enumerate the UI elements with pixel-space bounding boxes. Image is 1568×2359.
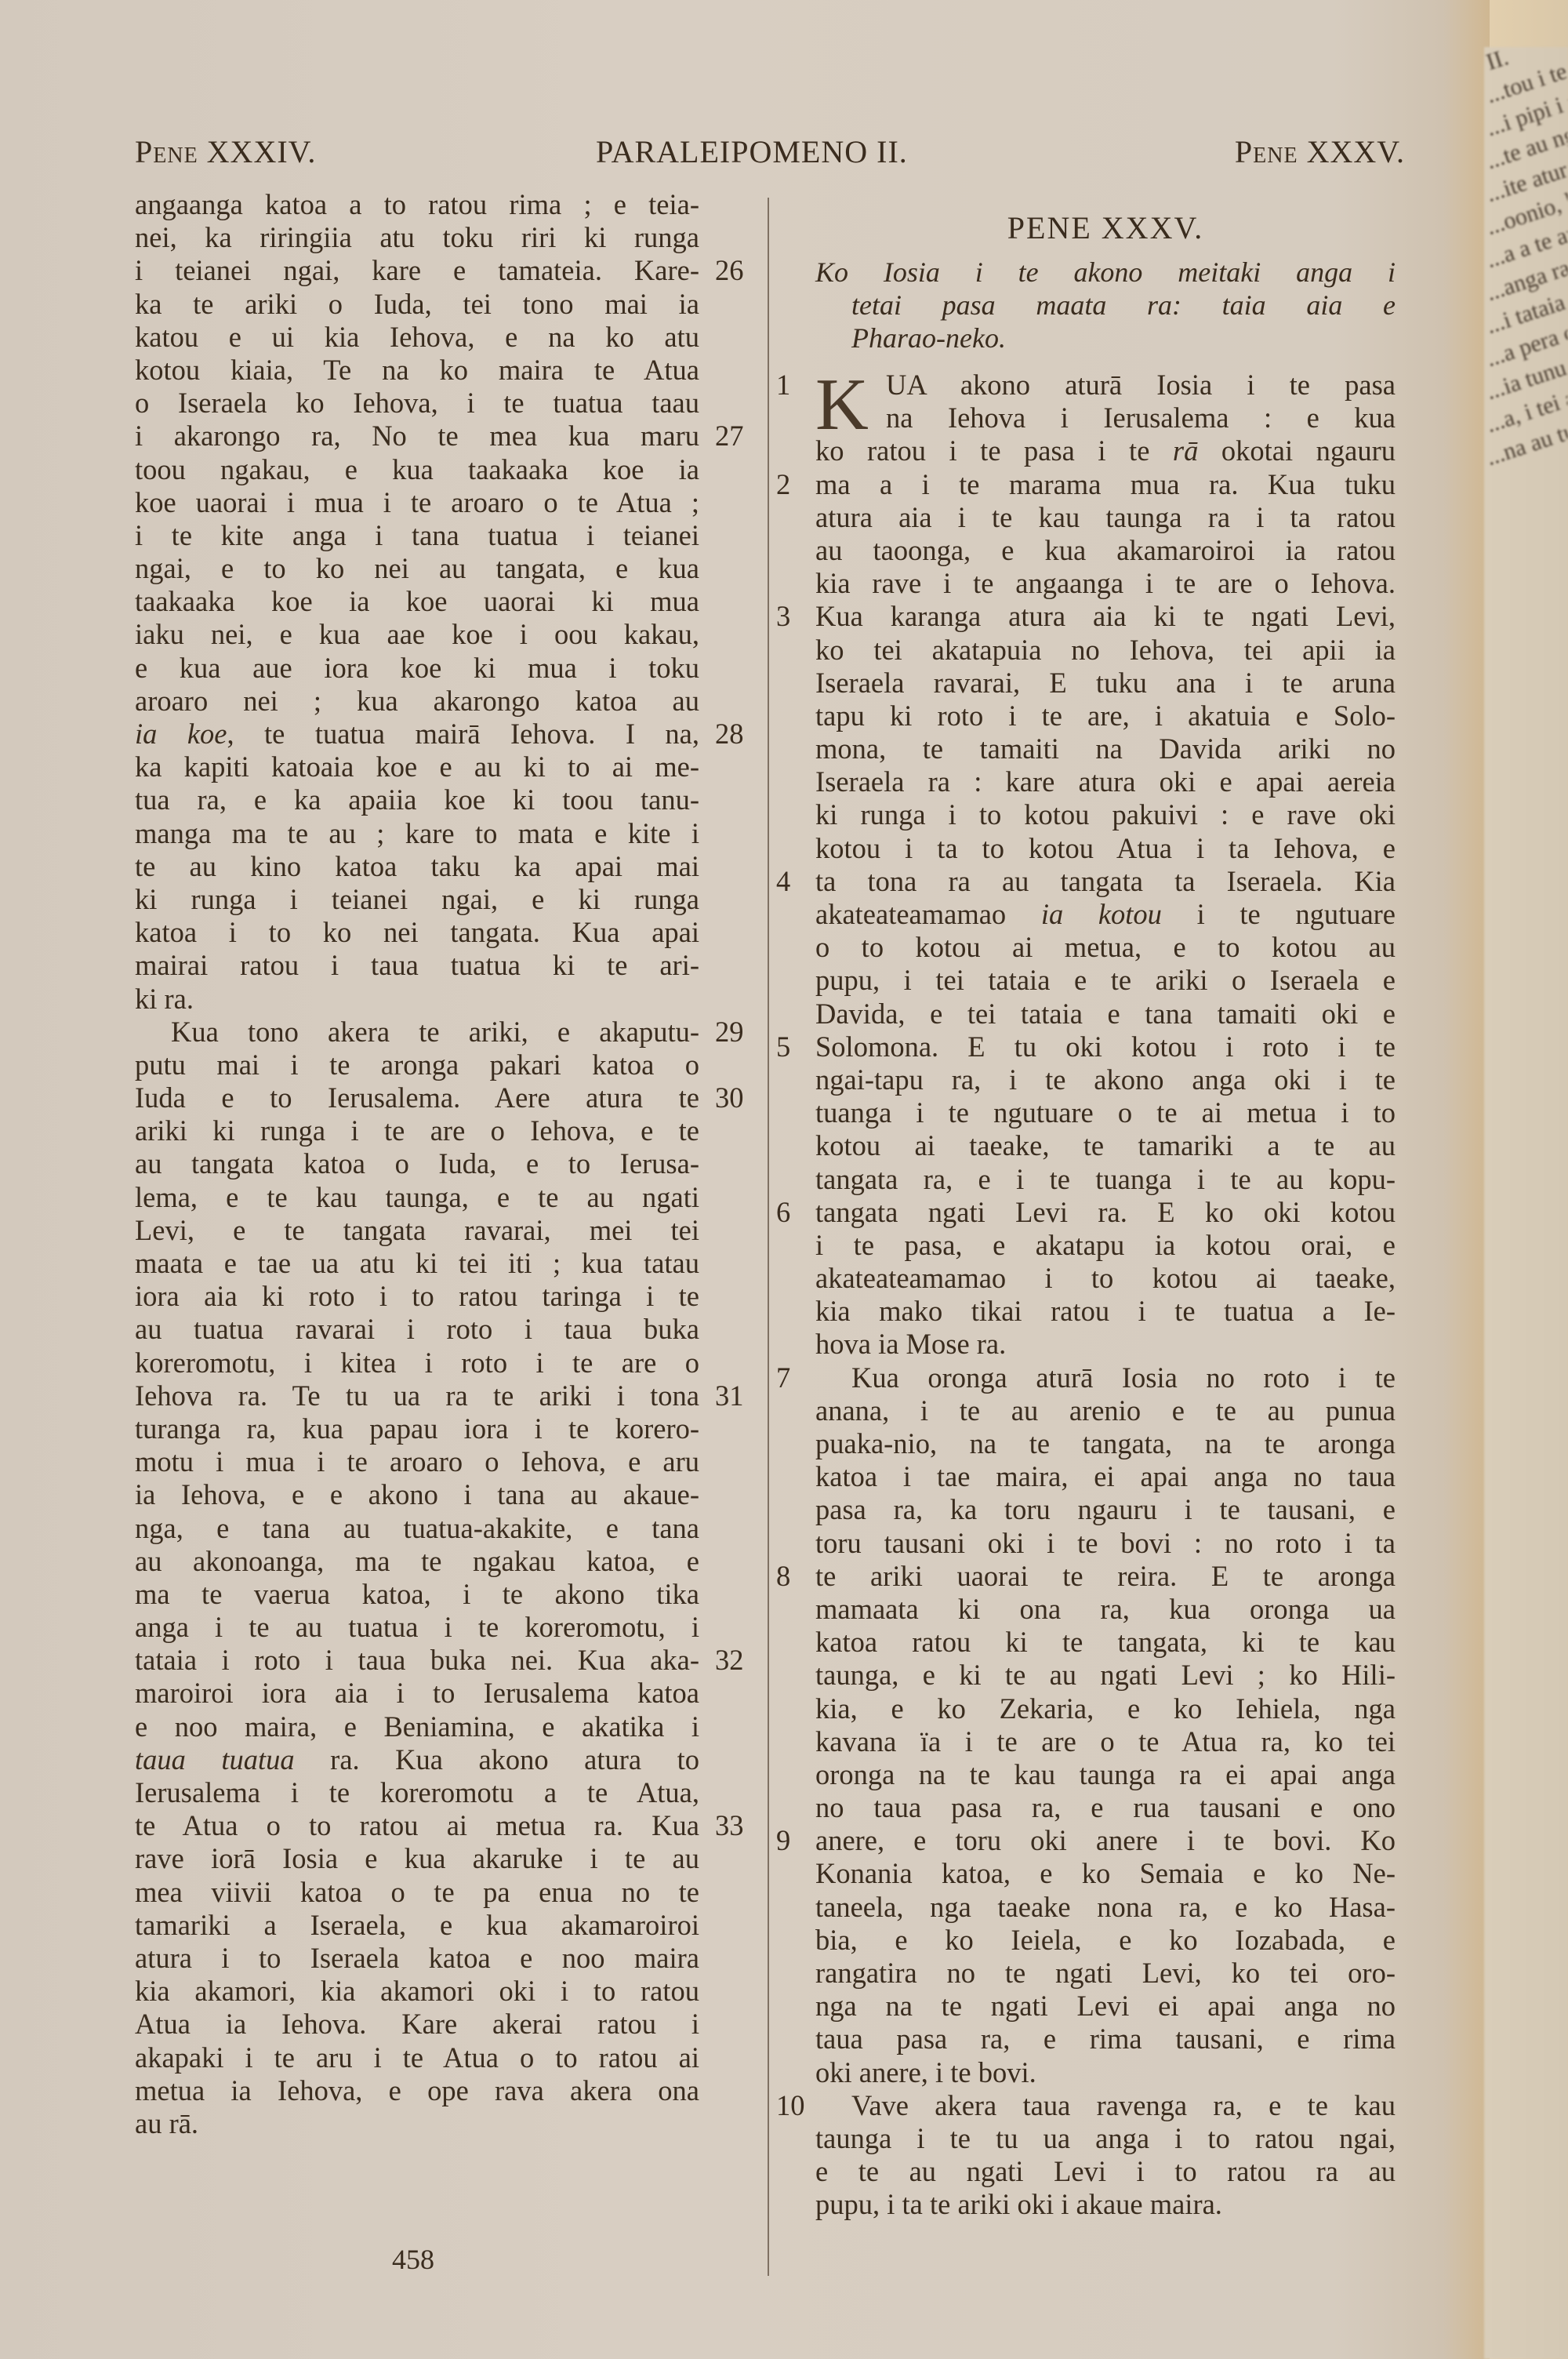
text-line: anere, e toru oki anere i te bovi. Ko9 <box>815 1824 1396 1857</box>
italic-text: rā <box>1173 434 1198 467</box>
running-head-left: Pene XXXIV. <box>135 133 316 170</box>
text-line: koe uaorai i mua i te aroaro o te Atua ; <box>135 486 699 519</box>
line-text: ra. Kua akono atura to <box>295 1743 699 1776</box>
text-line: angaanga katoa a to ratou rima ; e teia- <box>135 188 699 221</box>
line-text: okotai ngauru <box>1198 434 1396 467</box>
text-line: ki runga i to kotou pakuivi : e rave oki <box>815 798 1396 831</box>
verse-number: 26 <box>715 254 762 287</box>
text-line: anana, i te au arenio e te au punua <box>815 1394 1396 1427</box>
text-line: nga na te ngati Levi ei apai anga no <box>815 1990 1396 2023</box>
text-line: Iehova ra. Te tu ua ra te ariki i tona31 <box>135 1379 699 1412</box>
line-text: toru tausani oki i te bovi : no roto i t… <box>815 1527 1396 1559</box>
text-line: te Atua o to ratou ai metua ra. Kua33 <box>135 1809 699 1842</box>
line-text: ngai, e to ko nei au tangata, e kua <box>135 552 699 584</box>
line-text: bia, e ko Ieiela, e ko Iozabada, e <box>815 1924 1396 1956</box>
line-text: o to kotou ai metua, e to kotou au <box>815 931 1396 963</box>
text-line: au tangata katoa o Iuda, e to Ierusa- <box>135 1147 699 1180</box>
line-text: au tuatua ravarai i roto i taua buka <box>135 1313 699 1345</box>
line-text: tangata ngati Levi ra. E ko oki kotou <box>815 1196 1396 1228</box>
text-line: Iseraela ra : kare atura oki e apai aere… <box>815 765 1396 798</box>
line-text: iaku nei, e kua aae koe i oou kakau, <box>135 618 699 650</box>
text-line: kia rave i te angaanga i te are o Iehova… <box>815 567 1396 600</box>
text-line: tapu ki roto i te are, i akatuia e Solo- <box>815 700 1396 732</box>
line-text: akateateamamao <box>815 898 1041 930</box>
text-line: i te kite anga i tana tuatua i teianei <box>135 519 699 552</box>
text-line: ka kapiti katoaia koe e au ki to ai me- <box>135 751 699 783</box>
line-text: katoa ratou ki te tangata, ki te kau <box>815 1626 1396 1658</box>
text-line: tua ra, e ka apaiia koe ki toou tanu- <box>135 783 699 816</box>
text-line: taneela, nga taeake nona ra, e ko Hasa- <box>815 1891 1396 1924</box>
text-line: kotou i ta to kotou Atua i ta Iehova, e <box>815 832 1396 865</box>
line-text: ma a i te marama mua ra. Kua tuku <box>815 468 1396 500</box>
text-line: ngai-tapu ra, i te akono anga oki i te <box>815 1063 1396 1096</box>
line-text: rangatira no te ngati Levi, ko tei oro- <box>815 1957 1396 1989</box>
text-line: toru tausani oki i te bovi : no roto i t… <box>815 1527 1396 1560</box>
verse-number: 30 <box>715 1081 762 1114</box>
line-text: au rā. <box>135 2107 198 2139</box>
line-text: ka te ariki o Iuda, tei tono mai ia <box>135 288 699 320</box>
line-text: ki runga i to kotou pakuivi : e rave oki <box>815 798 1396 831</box>
line-text: taneela, nga taeake nona ra, e ko Hasa- <box>815 1891 1396 1923</box>
text-line: akateateamamao ia kotou i te ngutuare <box>815 898 1396 931</box>
line-text: Iseraela ravarai, E tuku ana i te aruna <box>815 667 1396 699</box>
line-text: pupu, i ta te ariki oki i akaue maira. <box>815 2188 1222 2220</box>
line-text: lema, e te kau taunga, e te au ngati <box>135 1181 699 1213</box>
line-text: oki anere, i te bovi. <box>815 2056 1036 2088</box>
line-text: ia Iehova, e e akono i tana au akaue- <box>135 1478 699 1510</box>
verse-number: 3 <box>776 600 804 633</box>
text-line: kia mako tikai ratou i te tuatua a Ie- <box>815 1295 1396 1328</box>
text-line: au tuatua ravarai i roto i taua buka <box>135 1313 699 1346</box>
line-text: tamariki a Iseraela, e kua akamaroiroi <box>135 1909 699 1941</box>
text-line: katoa ratou ki te tangata, ki te kau <box>815 1626 1396 1659</box>
text-line: Solomona. E tu oki kotou i roto i te5 <box>815 1030 1396 1063</box>
text-line: mamaata ki ona ra, kua oronga ua <box>815 1593 1396 1626</box>
line-text: ko ratou i te pasa i te <box>815 434 1173 467</box>
line-text: katoa i tae maira, ei apai anga no taua <box>815 1460 1396 1492</box>
line-text: ka kapiti katoaia koe e au ki to ai me- <box>135 751 699 783</box>
verse-number: 5 <box>776 1030 804 1063</box>
text-line: tangata ngati Levi ra. E ko oki kotou6 <box>815 1196 1396 1229</box>
running-head-right: Pene XXXV. <box>1235 133 1405 170</box>
text-line: katou e ui kia Iehova, e na ko atu <box>135 321 699 354</box>
text-line: o Iseraela ko Iehova, i te tuatua taau <box>135 387 699 420</box>
text-line: iora aia ki roto i to ratou taringa i te <box>135 1280 699 1313</box>
verse-number: 2 <box>776 468 804 501</box>
line-text: kia mako tikai ratou i te tuatua a Ie- <box>815 1295 1396 1327</box>
text-line: katoa i tae maira, ei apai anga no taua <box>815 1460 1396 1493</box>
chapter-summary: Ko Iosia i te akono meitaki anga itetai … <box>815 256 1396 354</box>
line-text: Vave akera taua ravenga ra, e te kau <box>851 2089 1396 2121</box>
text-line: ngai, e to ko nei au tangata, e kua <box>135 552 699 585</box>
text-line: mona, te tamaiti na Davida ariki no <box>815 732 1396 765</box>
line-text: nga na te ngati Levi ei apai anga no <box>815 1990 1396 2022</box>
text-line: putu mai i te aronga pakari katoa o <box>135 1049 699 1081</box>
text-line: hova ia Mose ra. <box>815 1328 1396 1361</box>
line-text: e kua aue iora koe ki mua i toku <box>135 652 699 684</box>
line-text: iora aia ki roto i to ratou taringa i te <box>135 1280 699 1312</box>
line-text: au taoonga, e kua akamaroiroi ia ratou <box>815 534 1396 566</box>
line-text: taunga, e ki te au ngati Levi ; ko Hili- <box>815 1659 1396 1691</box>
line-text: manga ma te au ; kare to mata e kite i <box>135 817 699 849</box>
text-line: Konania katoa, e ko Semaia e ko Ne- <box>815 1857 1396 1890</box>
summary-line: tetai pasa maata ra: taia aia e <box>815 289 1396 322</box>
right-column: PENE XXXV. Ko Iosia i te akono meitaki a… <box>815 188 1396 2222</box>
summary-line: Pharao-neko. <box>815 322 1396 354</box>
line-text: kotou ai taeake, te tamariki a te au <box>815 1129 1396 1161</box>
text-line: ia koe, te tuatua mairā Iehova. I na,28 <box>135 718 699 751</box>
text-line: taua pasa ra, e rima tausani, e rima <box>815 2023 1396 2055</box>
verse-number: 33 <box>715 1809 762 1842</box>
text-line: koreromotu, i kitea i roto i te are o <box>135 1347 699 1379</box>
line-text: kotou i ta to kotou Atua i ta Iehova, e <box>815 832 1396 864</box>
text-line: na Iehova i Ierusalema : e kua <box>815 402 1396 434</box>
text-line: Iseraela ravarai, E tuku ana i te aruna <box>815 667 1396 700</box>
line-text: Davida, e tei tataia e tana tamaiti oki … <box>815 998 1396 1030</box>
verse-number: 27 <box>715 420 762 453</box>
text-line: nei, ka riringiia atu toku riri ki runga <box>135 221 699 254</box>
text-line: Vave akera taua ravenga ra, e te kau10 <box>815 2089 1396 2122</box>
line-text: mea viivii katoa o te pa enua no te <box>135 1876 699 1908</box>
line-text: no taua pasa ra, e rua tausani e ono <box>815 1791 1396 1823</box>
line-text: Kua oronga aturā Iosia no roto i te <box>851 1361 1396 1394</box>
line-text: te Atua o to ratou ai metua ra. Kua <box>135 1809 699 1841</box>
line-text: mairai ratou i taua tuatua ki te ari- <box>135 949 699 981</box>
text-line: pasa ra, ka toru ngauru i te tausani, e <box>815 1493 1396 1526</box>
line-text: angaanga katoa a to ratou rima ; e teia- <box>135 188 699 220</box>
line-text: tuanga i te ngutuare o te ai metua i to <box>815 1096 1396 1129</box>
line-text: Kua karanga atura aia ki te ngati Levi, <box>815 600 1396 632</box>
text-line: ma a i te marama mua ra. Kua tuku2 <box>815 468 1396 501</box>
text-line: akapaki i te aru i te Atua o to ratou ai <box>135 2041 699 2074</box>
text-line: e te au ngati Levi i to ratou ra au <box>815 2155 1396 2188</box>
text-line: tataia i roto i taua buka nei. Kua aka-3… <box>135 1644 699 1677</box>
line-text: i akarongo ra, No te mea kua maru <box>135 420 699 452</box>
line-text: ngai-tapu ra, i te akono anga oki i te <box>815 1063 1396 1096</box>
line-text: atura aia i te kau taunga ra i ta ratou <box>815 501 1396 533</box>
line-text: kia, e ko Zekaria, e ko Iehiela, nga <box>815 1692 1396 1725</box>
text-line: Davida, e tei tataia e tana tamaiti oki … <box>815 998 1396 1030</box>
text-line: te au kino katoa taku ka apai mai <box>135 850 699 883</box>
text-line: ia Iehova, e e akono i tana au akaue- <box>135 1478 699 1511</box>
text-line: kotou ai taeake, te tamariki a te au <box>815 1129 1396 1162</box>
line-text: metua ia Iehova, e ope rava akera ona <box>135 2074 699 2106</box>
running-head-center: PARALEIPOMENO II. <box>596 133 908 170</box>
text-line: ki ra. <box>135 983 699 1016</box>
line-text: turanga ra, kua papau iora i te korero- <box>135 1412 699 1445</box>
verse-number: 6 <box>776 1196 804 1229</box>
line-text: akapaki i te aru i te Atua o to ratou ai <box>135 2041 699 2074</box>
line-text: Iseraela ra : kare atura oki e apai aere… <box>815 765 1396 798</box>
text-line: au taoonga, e kua akamaroiroi ia ratou <box>815 534 1396 567</box>
line-text: Ierusalema i te koreromotu a te Atua, <box>135 1776 699 1808</box>
line-text: pasa ra, ka toru ngauru i te tausani, e <box>815 1493 1396 1525</box>
gutter-shadow <box>1443 0 1490 2359</box>
verse-number: 31 <box>715 1379 762 1412</box>
text-line: taua tuatua ra. Kua akono atura to <box>135 1743 699 1776</box>
line-text: maata e tae ua atu ki tei iti ; kua tata… <box>135 1247 699 1279</box>
text-line: Ierusalema i te koreromotu a te Atua, <box>135 1776 699 1809</box>
text-line: toou ngakau, e kua taakaaka koe ia <box>135 453 699 486</box>
verse-number: 4 <box>776 865 804 898</box>
line-text: koe uaorai i mua i te aroaro o te Atua ; <box>135 486 699 518</box>
line-text: anga i te au tuatua i te koreromotu, i <box>135 1611 699 1643</box>
line-text: hova ia Mose ra. <box>815 1328 1006 1360</box>
text-line: ma te vaerua katoa, i te akono tika <box>135 1578 699 1611</box>
text-line: ko ratou i te pasa i te rā okotai ngauru <box>815 434 1396 467</box>
text-line: i teianei ngai, kare e tamateia. Kare-26 <box>135 254 699 287</box>
text-line: mea viivii katoa o te pa enua no te <box>135 1876 699 1909</box>
text-line: UA akono aturā Iosia i te pasa1 <box>815 369 1396 402</box>
text-line: i akarongo ra, No te mea kua maru27 <box>135 420 699 453</box>
chapter-title: PENE XXXV. <box>815 212 1396 251</box>
line-text: tangata ra, e i te tuanga i te au kopu- <box>815 1163 1396 1195</box>
line-text: aroaro nei ; kua akarongo katoa au <box>135 685 699 717</box>
text-line: Kua tono akera te ariki, e akaputu-29 <box>135 1016 699 1049</box>
line-text: i te pasa, e akatapu ia kotou orai, e <box>815 1229 1396 1261</box>
text-line: tamariki a Iseraela, e kua akamaroiroi <box>135 1909 699 1942</box>
line-text: ma te vaerua katoa, i te akono tika <box>135 1578 699 1610</box>
text-line: mairai ratou i taua tuatua ki te ari- <box>135 949 699 982</box>
text-line: metua ia Iehova, e ope rava akera ona <box>135 2074 699 2107</box>
line-text: toou ngakau, e kua taakaaka koe ia <box>135 453 699 485</box>
line-text: nga, e tana au tuatua-akakite, e tana <box>135 1512 699 1544</box>
verse-number: 7 <box>776 1361 804 1394</box>
text-line: lema, e te kau taunga, e te au ngati <box>135 1181 699 1214</box>
text-line: au akonoanga, ma te ngakau katoa, e <box>135 1545 699 1578</box>
text-line: kia, e ko Zekaria, e ko Iehiela, nga <box>815 1692 1396 1725</box>
text-line: au rā. <box>135 2107 699 2140</box>
text-line: nga, e tana au tuatua-akakite, e tana <box>135 1512 699 1545</box>
line-text: Levi, e te tangata ravarai, mei tei <box>135 1214 699 1246</box>
line-text: te ariki uaorai te reira. E te aronga <box>815 1560 1396 1592</box>
text-line: e noo maira, e Beniamina, e akatika i <box>135 1710 699 1743</box>
line-text: ki ra. <box>135 983 194 1015</box>
line-text: te au kino katoa taku ka apai mai <box>135 850 699 882</box>
line-text: ariki ki runga i te are o Iehova, e te <box>135 1114 699 1147</box>
line-text: i te ngutuare <box>1162 898 1396 930</box>
line-text: akateateamamao i to kotou ai taeake, <box>815 1262 1396 1294</box>
running-head: Pene XXXIV. PARALEIPOMENO II. Pene XXXV. <box>135 133 1405 180</box>
line-text: atura i to Iseraela katoa e noo maira <box>135 1942 699 1974</box>
verse-number: 32 <box>715 1644 762 1677</box>
text-line: ki runga i teianei ngai, e ki runga <box>135 883 699 916</box>
text-line: maata e tae ua atu ki tei iti ; kua tata… <box>135 1247 699 1280</box>
text-line: e kua aue iora koe ki mua i toku <box>135 652 699 685</box>
line-text: UA akono aturā Iosia i te pasa <box>886 369 1396 401</box>
text-line: Kua karanga atura aia ki te ngati Levi,3 <box>815 600 1396 633</box>
text-line: pupu, i ta te ariki oki i akaue maira. <box>815 2188 1396 2221</box>
text-line: akateateamamao i to kotou ai taeake, <box>815 1262 1396 1295</box>
text-line: tangata ra, e i te tuanga i te au kopu- <box>815 1163 1396 1196</box>
line-text: tua ra, e ka apaiia koe ki toou tanu- <box>135 783 699 816</box>
text-line: anga i te au tuatua i te koreromotu, i <box>135 1611 699 1644</box>
line-text: puaka-nio, na te tangata, na te aronga <box>815 1427 1396 1459</box>
line-text: anana, i te au arenio e te au punua <box>815 1394 1396 1427</box>
line-text: anere, e toru oki anere i te bovi. Ko <box>815 1824 1396 1856</box>
line-text: e noo maira, e Beniamina, e akatika i <box>135 1710 699 1743</box>
line-text: Iuda e to Ierusalema. Aere atura te <box>135 1081 699 1114</box>
line-text: kia rave i te angaanga i te are o Iehova… <box>815 567 1396 599</box>
text-line: kavana ïa i te are o te Atua ra, ko tei <box>815 1725 1396 1758</box>
text-line: maroiroi iora aia i to Ierusalema katoa <box>135 1677 699 1710</box>
text-line: taunga, e ki te au ngati Levi ; ko Hili- <box>815 1659 1396 1692</box>
line-text: tataia i roto i taua buka nei. Kua aka- <box>135 1644 699 1676</box>
text-line: bia, e ko Ieiela, e ko Iozabada, e <box>815 1924 1396 1957</box>
verse-number: 9 <box>776 1824 804 1857</box>
text-line: oki anere, i te bovi. <box>815 2056 1396 2089</box>
book-page: Pene XXXIV. PARALEIPOMENO II. Pene XXXV.… <box>0 0 1490 2359</box>
line-text: Atua ia Iehova. Kare akerai ratou i <box>135 2008 699 2040</box>
text-line: Iuda e to Ierusalema. Aere atura te30 <box>135 1081 699 1114</box>
text-line: Kua oronga aturā Iosia no roto i te7 <box>815 1361 1396 1394</box>
line-text: oronga na te kau taunga ra ei apai anga <box>815 1758 1396 1790</box>
text-line: oronga na te kau taunga ra ei apai anga <box>815 1758 1396 1791</box>
verse-number: 29 <box>715 1016 762 1049</box>
line-text: kavana ïa i te are o te Atua ra, ko tei <box>815 1725 1396 1757</box>
line-text: na Iehova i Ierusalema : e kua <box>886 402 1396 434</box>
line-text: maroiroi iora aia i to Ierusalema katoa <box>135 1677 699 1709</box>
line-text: ta tona ra au tangata ta Iseraela. Kia <box>815 865 1396 897</box>
line-text: ki runga i teianei ngai, e ki runga <box>135 883 699 915</box>
line-text: au tangata katoa o Iuda, e to Ierusa- <box>135 1147 699 1179</box>
text-line: pupu, i tei tataia e te ariki o Iseraela… <box>815 964 1396 997</box>
line-text: o Iseraela ko Iehova, i te tuatua taau <box>135 387 699 419</box>
text-line: manga ma te au ; kare to mata e kite i <box>135 817 699 850</box>
verse-number: 10 <box>776 2089 804 2122</box>
line-text: koreromotu, i kitea i roto i te are o <box>135 1347 699 1379</box>
line-text: katoa i to ko nei tangata. Kua apai <box>135 916 699 948</box>
text-line: no taua pasa ra, e rua tausani e ono <box>815 1791 1396 1824</box>
line-text: taua pasa ra, e rima tausani, e rima <box>815 2023 1396 2055</box>
line-text: , te tuatua mairā Iehova. I na, <box>227 718 699 750</box>
text-line: ta tona ra au tangata ta Iseraela. Kia4 <box>815 865 1396 898</box>
verse-number: 28 <box>715 718 762 751</box>
text-line: ka te ariki o Iuda, tei tono mai ia <box>135 288 699 321</box>
text-line: aroaro nei ; kua akarongo katoa au <box>135 685 699 718</box>
left-column: angaanga katoa a to ratou rima ; e teia-… <box>135 188 699 2140</box>
line-text: tapu ki roto i te are, i akatuia e Solo- <box>815 700 1396 732</box>
text-line: katoa i to ko nei tangata. Kua apai <box>135 916 699 949</box>
line-text: i te kite anga i tana tuatua i teianei <box>135 519 699 551</box>
next-page-edge: II....tou i te pasa...i pipi i te...te a… <box>1484 47 1568 2359</box>
text-line: atura aia i te kau taunga ra i ta ratou <box>815 501 1396 534</box>
text-line: kia akamori, kia akamori oki i to ratou <box>135 1975 699 2008</box>
line-text: Konania katoa, e ko Semaia e ko Ne- <box>815 1857 1396 1889</box>
summary-line: Ko Iosia i te akono meitaki anga i <box>815 256 1396 289</box>
text-line: Levi, e te tangata ravarai, mei tei <box>135 1214 699 1247</box>
verse-number: 8 <box>776 1560 804 1593</box>
italic-text: ia kotou <box>1041 898 1162 930</box>
line-text: i teianei ngai, kare e tamateia. Kare- <box>135 254 699 286</box>
line-text: mamaata ki ona ra, kua oronga ua <box>815 1593 1396 1625</box>
text-line: kotou kiaia, Te na ko maira te Atua <box>135 354 699 387</box>
text-line: iaku nei, e kua aae koe i oou kakau, <box>135 618 699 651</box>
line-text: rave iorā Iosia e kua akaruke i te au <box>135 1842 699 1874</box>
italic-text: ia koe <box>135 718 227 750</box>
page-number: 458 <box>392 2243 434 2276</box>
line-text: e te au ngati Levi i to ratou ra au <box>815 2155 1396 2187</box>
line-text: motu i mua i te aroaro o Iehova, e aru <box>135 1445 699 1478</box>
line-text: Kua tono akera te ariki, e akaputu- <box>171 1016 699 1048</box>
line-text: pupu, i tei tataia e te ariki o Iseraela… <box>815 964 1396 996</box>
text-line: te ariki uaorai te reira. E te aronga8 <box>815 1560 1396 1593</box>
text-line: o to kotou ai metua, e to kotou au <box>815 931 1396 964</box>
line-text: katou e ui kia Iehova, e na ko atu <box>135 321 699 353</box>
italic-text: taua tuatua <box>135 1743 295 1776</box>
text-line: ariki ki runga i te are o Iehova, e te <box>135 1114 699 1147</box>
line-text: ko tei akatapuia no Iehova, tei apii ia <box>815 634 1396 666</box>
line-text: Solomona. E tu oki kotou i roto i te <box>815 1030 1396 1063</box>
text-line: rangatira no te ngati Levi, ko tei oro- <box>815 1957 1396 1990</box>
text-line: motu i mua i te aroaro o Iehova, e aru <box>135 1445 699 1478</box>
column-divider <box>768 198 769 2276</box>
line-text: au akonoanga, ma te ngakau katoa, e <box>135 1545 699 1577</box>
text-line: i te pasa, e akatapu ia kotou orai, e <box>815 1229 1396 1262</box>
line-text: Iehova ra. Te tu ua ra te ariki i tona <box>135 1379 699 1412</box>
line-text: taakaaka koe ia koe uaorai ki mua <box>135 585 699 617</box>
text-line: taunga i te tu ua anga i to ratou ngai, <box>815 2122 1396 2155</box>
line-text: putu mai i te aronga pakari katoa o <box>135 1049 699 1081</box>
line-text: mona, te tamaiti na Davida ariki no <box>815 732 1396 765</box>
line-text: kotou kiaia, Te na ko maira te Atua <box>135 354 699 386</box>
line-text: kia akamori, kia akamori oki i to ratou <box>135 1975 699 2007</box>
text-line: rave iorā Iosia e kua akaruke i te au <box>135 1842 699 1875</box>
text-line: atura i to Iseraela katoa e noo maira <box>135 1942 699 1975</box>
text-line: puaka-nio, na te tangata, na te aronga <box>815 1427 1396 1460</box>
verse-number: 1 <box>776 369 804 402</box>
line-text: nei, ka riringiia atu toku riri ki runga <box>135 221 699 253</box>
text-line: ko tei akatapuia no Iehova, tei apii ia <box>815 634 1396 667</box>
text-line: tuanga i te ngutuare o te ai metua i to <box>815 1096 1396 1129</box>
text-line: turanga ra, kua papau iora i te korero- <box>135 1412 699 1445</box>
text-line: Atua ia Iehova. Kare akerai ratou i <box>135 2008 699 2041</box>
line-text: taunga i te tu ua anga i to ratou ngai, <box>815 2122 1396 2154</box>
text-line: taakaaka koe ia koe uaorai ki mua <box>135 585 699 618</box>
